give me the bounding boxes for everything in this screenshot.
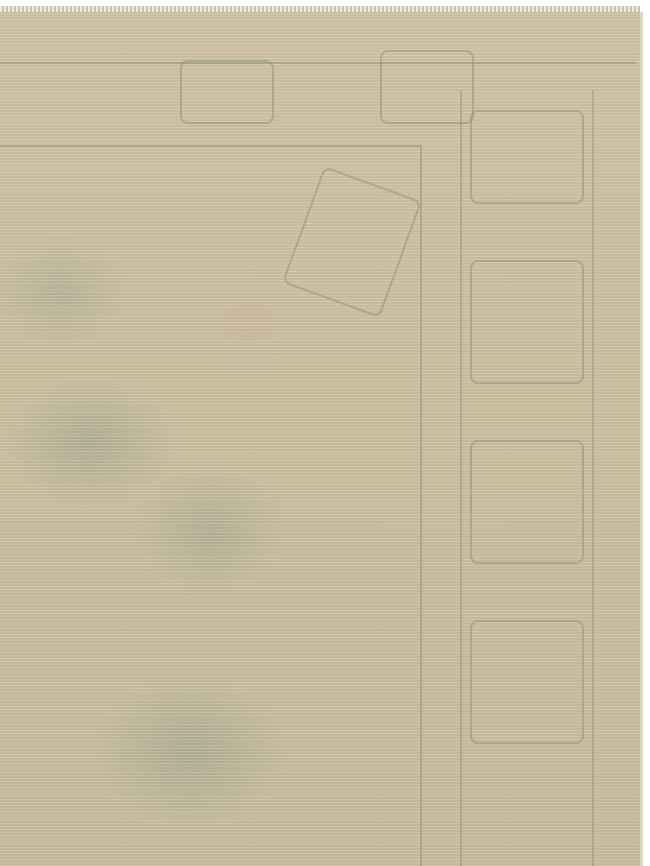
top-border-motif: [180, 60, 274, 124]
border-motif: [470, 620, 584, 744]
border-motif: [470, 110, 584, 204]
border-motif: [470, 260, 584, 384]
border-motif: [470, 440, 584, 564]
rug-top-border: [0, 12, 636, 64]
top-border-motif: [380, 50, 474, 124]
